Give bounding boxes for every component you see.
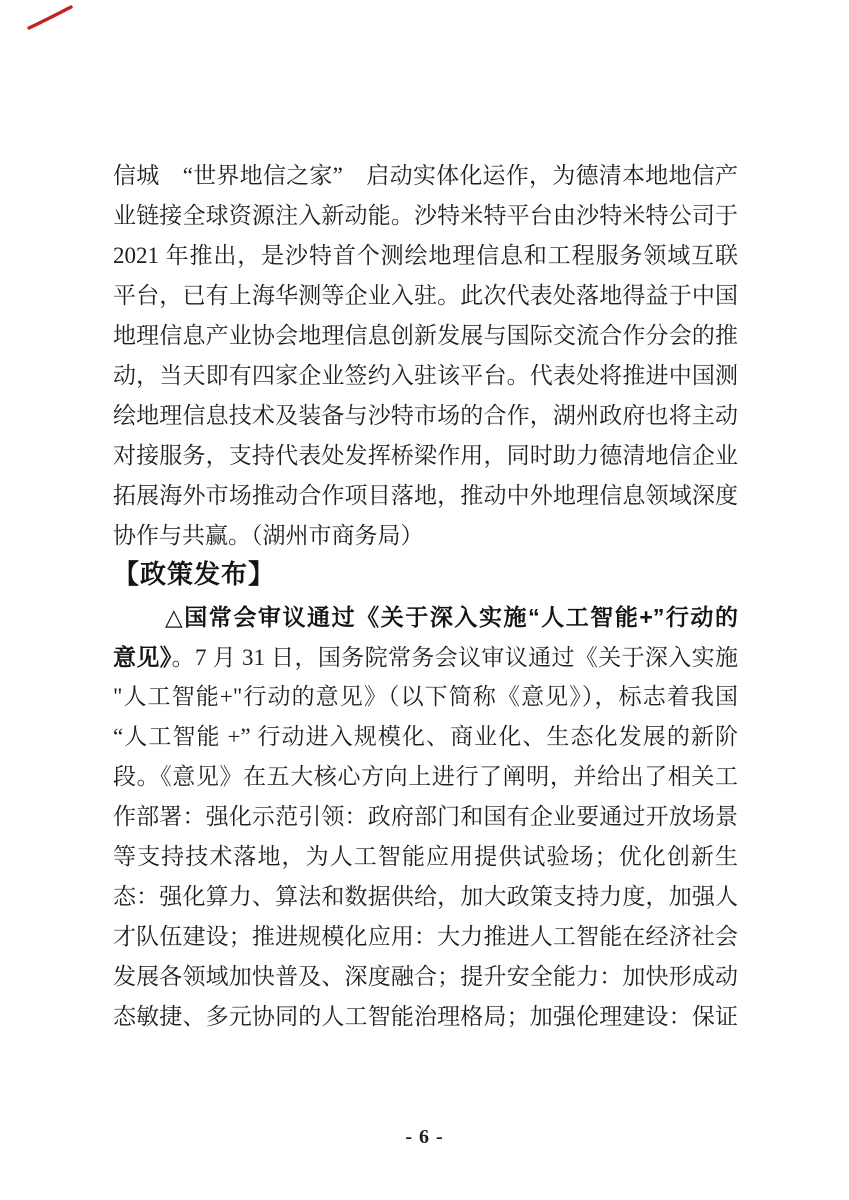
text-line: 拓展海外市场推动合作项目落地，推动中外地理信息领域深度 bbox=[113, 476, 738, 516]
text-segment: 等支持技术落地，为人工智能应用提供试验场；优化创新生 bbox=[113, 844, 738, 869]
text-segment: 态敏捷、多元协同的人工智能治理格局；加强伦理建设：保证 bbox=[113, 1004, 738, 1029]
text-segment: 作部署：强化示范引领：政府部门和国有企业要通过开放场景 bbox=[113, 804, 738, 829]
text-line: 信城 “世界地信之家” 启动实体化运作，为德清本地地信产 bbox=[113, 156, 738, 196]
text-line: 地理信息产业协会地理信息创新发展与国际交流合作分会的推 bbox=[113, 316, 738, 356]
text-line: 对接服务，支持代表处发挥桥梁作用，同时助力德清地信企业 bbox=[113, 436, 738, 476]
text-line: 态敏捷、多元协同的人工智能治理格局；加强伦理建设：保证 bbox=[113, 997, 738, 1037]
text-line: 等支持技术落地，为人工智能应用提供试验场；优化创新生 bbox=[113, 837, 738, 877]
paragraph-geoinfo-continuation: 信城 “世界地信之家” 启动实体化运作，为德清本地地信产业链接全球资源注入新动能… bbox=[113, 156, 738, 556]
text-line: 2021 年推出，是沙特首个测绘地理信息和工程服务领域互联网 bbox=[113, 236, 738, 276]
text-line: "人工智能+"行动的意见》（以下简称《意见》），标志着我国 bbox=[113, 677, 738, 717]
document-page: 信城 “世界地信之家” 启动实体化运作，为德清本地地信产业链接全球资源注入新动能… bbox=[0, 0, 849, 1200]
text-line: 发展各领域加快普及、深度融合；提升安全能力：加快形成动 bbox=[113, 957, 738, 997]
bold-text-segment: △国常会审议通过《关于深入实施“人工智能+”行动的 bbox=[165, 604, 738, 630]
section-heading-policy-release: 【政策发布】 bbox=[113, 552, 275, 596]
text-line: 业链接全球资源注入新动能。沙特米特平台由沙特米特公司于 bbox=[113, 196, 738, 236]
text-line: 段。《意见》在五大核心方向上进行了阐明，并给出了相关工 bbox=[113, 757, 738, 797]
red-pen-mark bbox=[0, 0, 110, 45]
text-line: 协作与共赢。（湖州市商务局） bbox=[113, 516, 738, 556]
text-segment: 。7 月 31 日，国务院常务会议审议通过《关于深入实施 bbox=[172, 645, 738, 670]
bold-text-segment: 意见》 bbox=[113, 644, 172, 670]
text-segment: 才队伍建设；推进规模化应用：大力推进人工智能在经济社会 bbox=[113, 924, 738, 949]
text-segment: 态：强化算力、算法和数据供给，加大政策支持力度，加强人 bbox=[113, 884, 738, 909]
text-line: 作部署：强化示范引领：政府部门和国有企业要通过开放场景 bbox=[113, 797, 738, 837]
text-segment: "人工智能+"行动的意见》（以下简称《意见》），标志着我国 bbox=[113, 684, 738, 709]
text-line: 绘地理信息技术及装备与沙特市场的合作，湖州政府也将主动 bbox=[113, 396, 738, 436]
text-segment: 发展各领域加快普及、深度融合；提升安全能力：加快形成动 bbox=[113, 964, 738, 989]
text-line: 平台，已有上海华测等企业入驻。此次代表处落地得益于中国 bbox=[113, 276, 738, 316]
paragraph-ai-plus-policy: △国常会审议通过《关于深入实施“人工智能+”行动的意见》。7 月 31 日，国务… bbox=[113, 597, 738, 1037]
text-line: 态：强化算力、算法和数据供给，加大政策支持力度，加强人 bbox=[113, 877, 738, 917]
text-line: “人工智能 +” 行动进入规模化、商业化、生态化发展的新阶 bbox=[113, 717, 738, 757]
page-number: - 6 - bbox=[0, 1126, 849, 1149]
text-line: △国常会审议通过《关于深入实施“人工智能+”行动的 bbox=[113, 597, 738, 637]
text-line: 意见》。7 月 31 日，国务院常务会议审议通过《关于深入实施 bbox=[113, 637, 738, 677]
text-line: 动，当天即有四家企业签约入驻该平台。代表处将推进中国测 bbox=[113, 356, 738, 396]
text-segment: 段。《意见》在五大核心方向上进行了阐明，并给出了相关工 bbox=[113, 764, 738, 789]
text-segment: 协作与共赢。（湖州市商务局） bbox=[113, 523, 424, 548]
text-line: 才队伍建设；推进规模化应用：大力推进人工智能在经济社会 bbox=[113, 917, 738, 957]
text-segment: “人工智能 +” 行动进入规模化、商业化、生态化发展的新阶 bbox=[113, 724, 738, 749]
